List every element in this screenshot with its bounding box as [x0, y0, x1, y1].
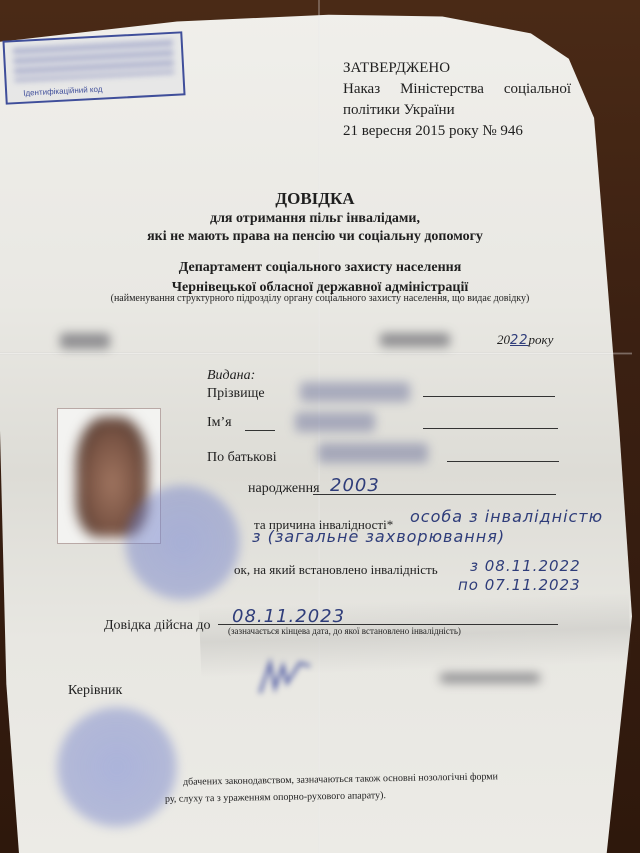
- redacted-stamp-text: [13, 40, 175, 82]
- patronymic-label: По батькові: [207, 450, 277, 466]
- year-suffix: року: [529, 332, 554, 347]
- disability-value-2: з (загальне захворювання): [252, 527, 505, 546]
- signature: [255, 658, 315, 698]
- term-label: ок, на який встановлено інвалідність: [234, 562, 438, 578]
- department-block: Департамент соціального захисту населенн…: [60, 258, 580, 298]
- issued-heading: Видана:: [207, 368, 255, 384]
- redacted-number: [60, 333, 110, 349]
- official-seal: [125, 485, 240, 600]
- order-line-3: 21 вересня 2015 року № 946: [343, 121, 571, 142]
- id-code-label: Ідентифікаційний код: [23, 85, 103, 98]
- fold-crease-horizontal: [0, 352, 632, 355]
- surname-line: [423, 396, 555, 397]
- patronymic-line: [447, 461, 559, 462]
- document-title: ДОВІДКА: [60, 188, 570, 210]
- term-value-1: з 08.11.2022: [470, 557, 581, 575]
- redacted-name: [295, 412, 375, 432]
- validity-line: [218, 624, 558, 625]
- validity-label: Довідка дійсна до: [104, 618, 211, 634]
- official-seal-2: [57, 707, 177, 827]
- name-label: Ім’я: [207, 415, 232, 431]
- identification-stamp: Ідентифікаційний код: [2, 31, 185, 104]
- approval-heading: ЗАТВЕРДЖЕНО: [343, 58, 571, 79]
- title-line-2: які не мають права на пенсію чи соціальн…: [60, 228, 570, 246]
- department-note: (найменування структурного підрозділу ор…: [60, 293, 580, 304]
- birth-year-value: 2003: [330, 475, 380, 496]
- redacted-patronymic: [318, 443, 428, 463]
- year-line: 2022року: [497, 332, 553, 348]
- year-prefix: 20: [497, 332, 510, 347]
- order-line-2: політики України: [343, 100, 571, 121]
- title-line-1: для отримання пільг інвалідами,: [60, 210, 570, 228]
- term-value-2: по 07.11.2023: [458, 576, 581, 594]
- head-label: Керівник: [68, 683, 122, 699]
- year-handwritten: 22: [510, 333, 529, 348]
- redacted-head-name: [440, 673, 540, 683]
- approval-block: ЗАТВЕРДЖЕНО Наказ Міністерства соціально…: [343, 58, 571, 142]
- redacted-date: [380, 333, 450, 347]
- order-line-1: Наказ Міністерства соціальної: [343, 79, 571, 100]
- birth-label: народження: [248, 481, 320, 497]
- validity-note: (зазначається кінцева дата, до якої вста…: [228, 626, 461, 636]
- redacted-surname: [300, 382, 410, 402]
- surname-label: Прізвище: [207, 386, 265, 402]
- name-line: [423, 428, 558, 429]
- document-title-block: ДОВІДКА для отримання пільг інвалідами, …: [60, 188, 570, 246]
- birth-line: [313, 494, 556, 495]
- department-line-1: Департамент соціального захисту населенн…: [60, 258, 580, 278]
- name-line-short: [245, 430, 275, 431]
- disability-value-1: особа з інвалідністю: [410, 507, 603, 526]
